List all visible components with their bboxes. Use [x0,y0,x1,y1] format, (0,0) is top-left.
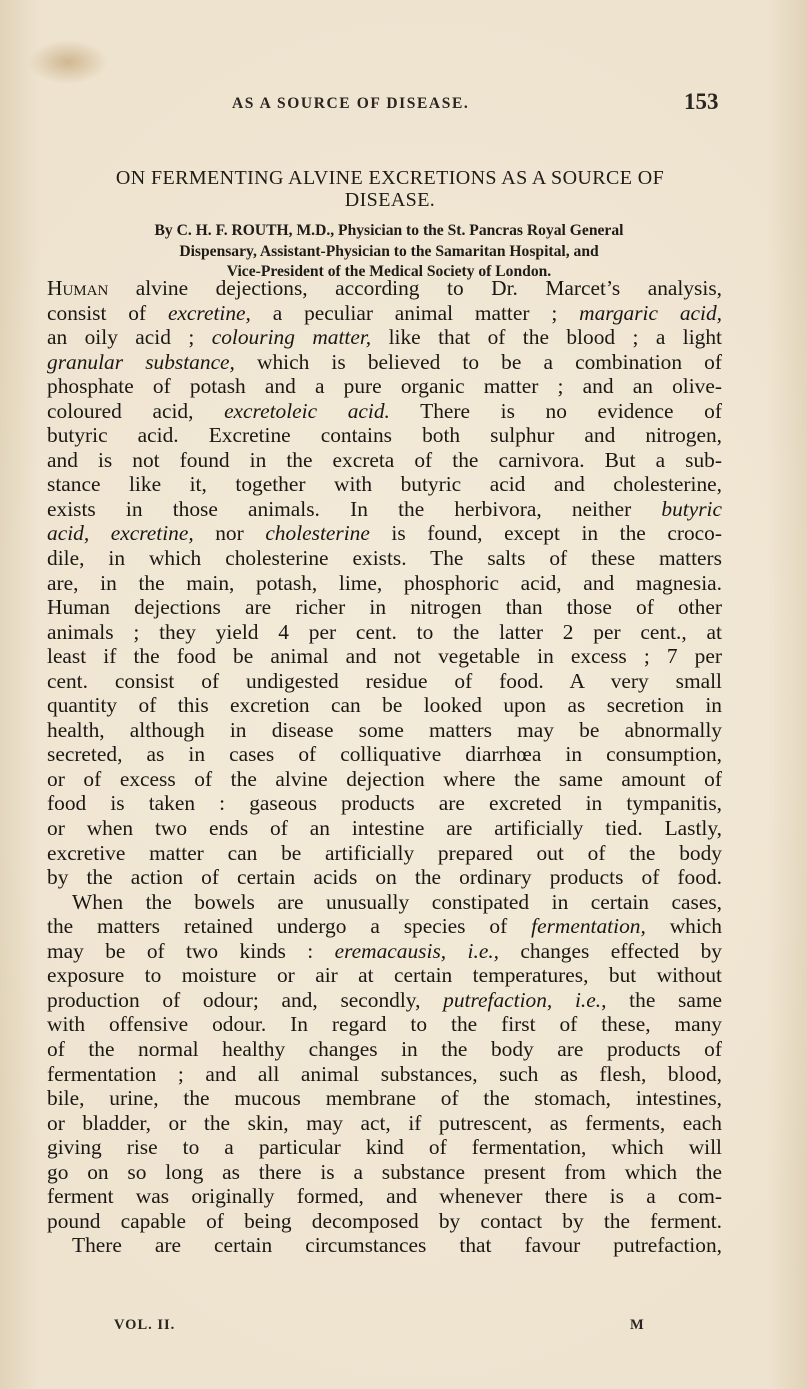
text-run: pound capable of being decomposed by con… [47,1209,722,1233]
text-run: There is no evidence of [390,399,722,423]
text-line: exposure to moisture or air at certain t… [47,963,722,988]
italic-term: excretine, [168,301,251,325]
text-run: Human dejections are richer in nitrogen … [47,595,722,619]
text-line: food is taken : gaseous products are exc… [47,791,722,816]
text-run: secreted, as in cases of colliquative di… [47,742,722,766]
text-run: cent. consist of undigested residue of f… [47,669,722,693]
text-run: the same [606,988,722,1012]
text-line: coloured acid, excretoleic acid. There i… [47,399,722,424]
text-run: consist of [47,301,168,325]
text-run: stance like it, together with butyric ac… [47,472,722,496]
text-run: When the bowels are unusually constipate… [72,890,722,914]
text-line: with offensive odour. In regard to the f… [47,1012,722,1037]
text-line: acid, excretine, nor cholesterine is fou… [47,521,722,546]
text-line: pound capable of being decomposed by con… [47,1209,722,1234]
text-line: dile, in which cholesterine exists. The … [47,546,722,571]
text-run: an oily acid ; [47,325,212,349]
article-title-line: ON FERMENTING ALVINE EXCRETIONS AS A SOU… [50,167,730,189]
text-run: quantity of this excretion can be looked… [47,693,722,717]
text-line: consist of excretine, a peculiar animal … [47,301,722,326]
italic-term: excretoleic acid. [224,399,390,423]
text-line: excretive matter can be artificially pre… [47,841,722,866]
text-run: may be of two kinds : [47,939,335,963]
text-run: giving rise to a particular kind of ferm… [47,1135,722,1159]
text-run: alvine dejections, according to Dr. Marc… [108,276,722,300]
text-run: food is taken : gaseous products are exc… [47,791,722,815]
text-run: health, although in disease some matters… [47,718,722,742]
signature-mark: M [630,1317,644,1334]
text-run: is found, except in the croco- [370,521,722,545]
byline-line: Dispensary, Assistant-Physician to the S… [44,242,734,263]
text-line: are, in the main, potash, lime, phosphor… [47,571,722,596]
text-line: of the normal healthy changes in the bod… [47,1037,722,1062]
volume-label: VOL. II. [114,1317,175,1334]
text-line: bile, urine, the mucous membrane of the … [47,1086,722,1111]
text-line: exists in those animals. In the herbivor… [47,497,722,522]
text-run: nor [194,521,266,545]
text-line: by the action of certain acids on the or… [47,865,722,890]
text-line: production of odour; and, secondly, putr… [47,988,722,1013]
book-page: AS A SOURCE OF DISEASE. 153 ON FERMENTIN… [0,0,807,1389]
text-run: go on so long as there is a substance pr… [47,1160,722,1184]
text-run: or when two ends of an intestine are art… [47,816,722,840]
running-title: AS A SOURCE OF DISEASE. [232,95,469,113]
italic-term: butyric [661,497,722,521]
text-run: ferment was originally formed, and whene… [47,1184,722,1208]
text-line: least if the food be animal and not vege… [47,644,722,669]
body-text: Human alvine dejections, according to Dr… [47,276,722,1258]
text-line: and is not found in the excreta of the c… [47,448,722,473]
text-run: Human [47,276,108,300]
text-line: giving rise to a particular kind of ferm… [47,1135,722,1160]
text-run: with offensive odour. In regard to the f… [47,1012,722,1036]
text-line: Human alvine dejections, according to Dr… [47,276,722,301]
text-run: animals ; they yield 4 per cent. to the … [47,620,722,644]
text-run: a peculiar animal matter ; [251,301,579,325]
text-line: granular substance, which is believed to… [47,350,722,375]
article-title-line: DISEASE. [50,189,730,211]
text-line: an oily acid ; colouring matter, like th… [47,325,722,350]
article-title: ON FERMENTING ALVINE EXCRETIONS AS A SOU… [50,167,730,211]
text-run: excretive matter can be artificially pre… [47,841,722,865]
author-byline: By C. H. F. ROUTH, M.D., Physician to th… [44,221,734,283]
text-run: coloured acid, [47,399,224,423]
text-line: or of excess of the alvine dejection whe… [47,767,722,792]
text-line: quantity of this excretion can be looked… [47,693,722,718]
text-run: and is not found in the excreta of the c… [47,448,722,472]
text-line: phosphate of potash and a pure organic m… [47,374,722,399]
italic-term: putrefaction, i.e., [443,988,606,1012]
text-run: bile, urine, the mucous membrane of the … [47,1086,722,1110]
text-run: or of excess of the alvine dejection whe… [47,767,722,791]
text-line: When the bowels are unusually constipate… [47,890,722,915]
italic-term: cholesterine [265,521,370,545]
text-line: Human dejections are richer in nitrogen … [47,595,722,620]
text-line: or bladder, or the skin, may act, if put… [47,1111,722,1136]
text-run: which is believed to be a combination of [235,350,722,374]
text-run: by the action of certain acids on the or… [47,865,722,889]
text-run: fermentation ; and all animal substances… [47,1062,722,1086]
byline-line: By C. H. F. ROUTH, M.D., Physician to th… [44,221,734,242]
text-run: exists in those animals. In the herbivor… [47,497,661,521]
page-number: 153 [684,89,719,115]
text-line: may be of two kinds : eremacausis, i.e.,… [47,939,722,964]
text-line: cent. consist of undigested residue of f… [47,669,722,694]
text-run: are, in the main, potash, lime, phosphor… [47,571,722,595]
text-run: butyric acid. Excretine contains both su… [47,423,722,447]
italic-term: granular substance, [47,350,235,374]
text-run: dile, in which cholesterine exists. The … [47,546,722,570]
text-run: least if the food be animal and not vege… [47,644,722,668]
text-line: go on so long as there is a substance pr… [47,1160,722,1185]
italic-term: margaric acid, [579,301,722,325]
italic-term: colouring matter, [212,325,371,349]
text-run: exposure to moisture or air at certain t… [47,963,722,987]
text-run: of the normal healthy changes in the bod… [47,1037,722,1061]
text-run: like that of the blood ; a light [371,325,722,349]
italic-term: fermentation, [531,914,646,938]
text-run: or bladder, or the skin, may act, if put… [47,1111,722,1135]
text-run: which [646,914,722,938]
text-line: secreted, as in cases of colliquative di… [47,742,722,767]
text-line: There are certain circumstances that fav… [47,1233,722,1258]
italic-term: acid, excretine, [47,521,194,545]
text-line: or when two ends of an intestine are art… [47,816,722,841]
text-line: animals ; they yield 4 per cent. to the … [47,620,722,645]
text-line: the matters retained undergo a species o… [47,914,722,939]
text-run: There are certain circumstances that fav… [72,1233,722,1257]
text-run: changes effected by [499,939,722,963]
text-line: fermentation ; and all animal substances… [47,1062,722,1087]
italic-term: eremacausis, i.e., [335,939,499,963]
text-run: the matters retained undergo a species o… [47,914,531,938]
text-line: stance like it, together with butyric ac… [47,472,722,497]
text-line: butyric acid. Excretine contains both su… [47,423,722,448]
text-line: ferment was originally formed, and whene… [47,1184,722,1209]
text-run: phosphate of potash and a pure organic m… [47,374,722,398]
text-line: health, although in disease some matters… [47,718,722,743]
text-run: production of odour; and, secondly, [47,988,443,1012]
